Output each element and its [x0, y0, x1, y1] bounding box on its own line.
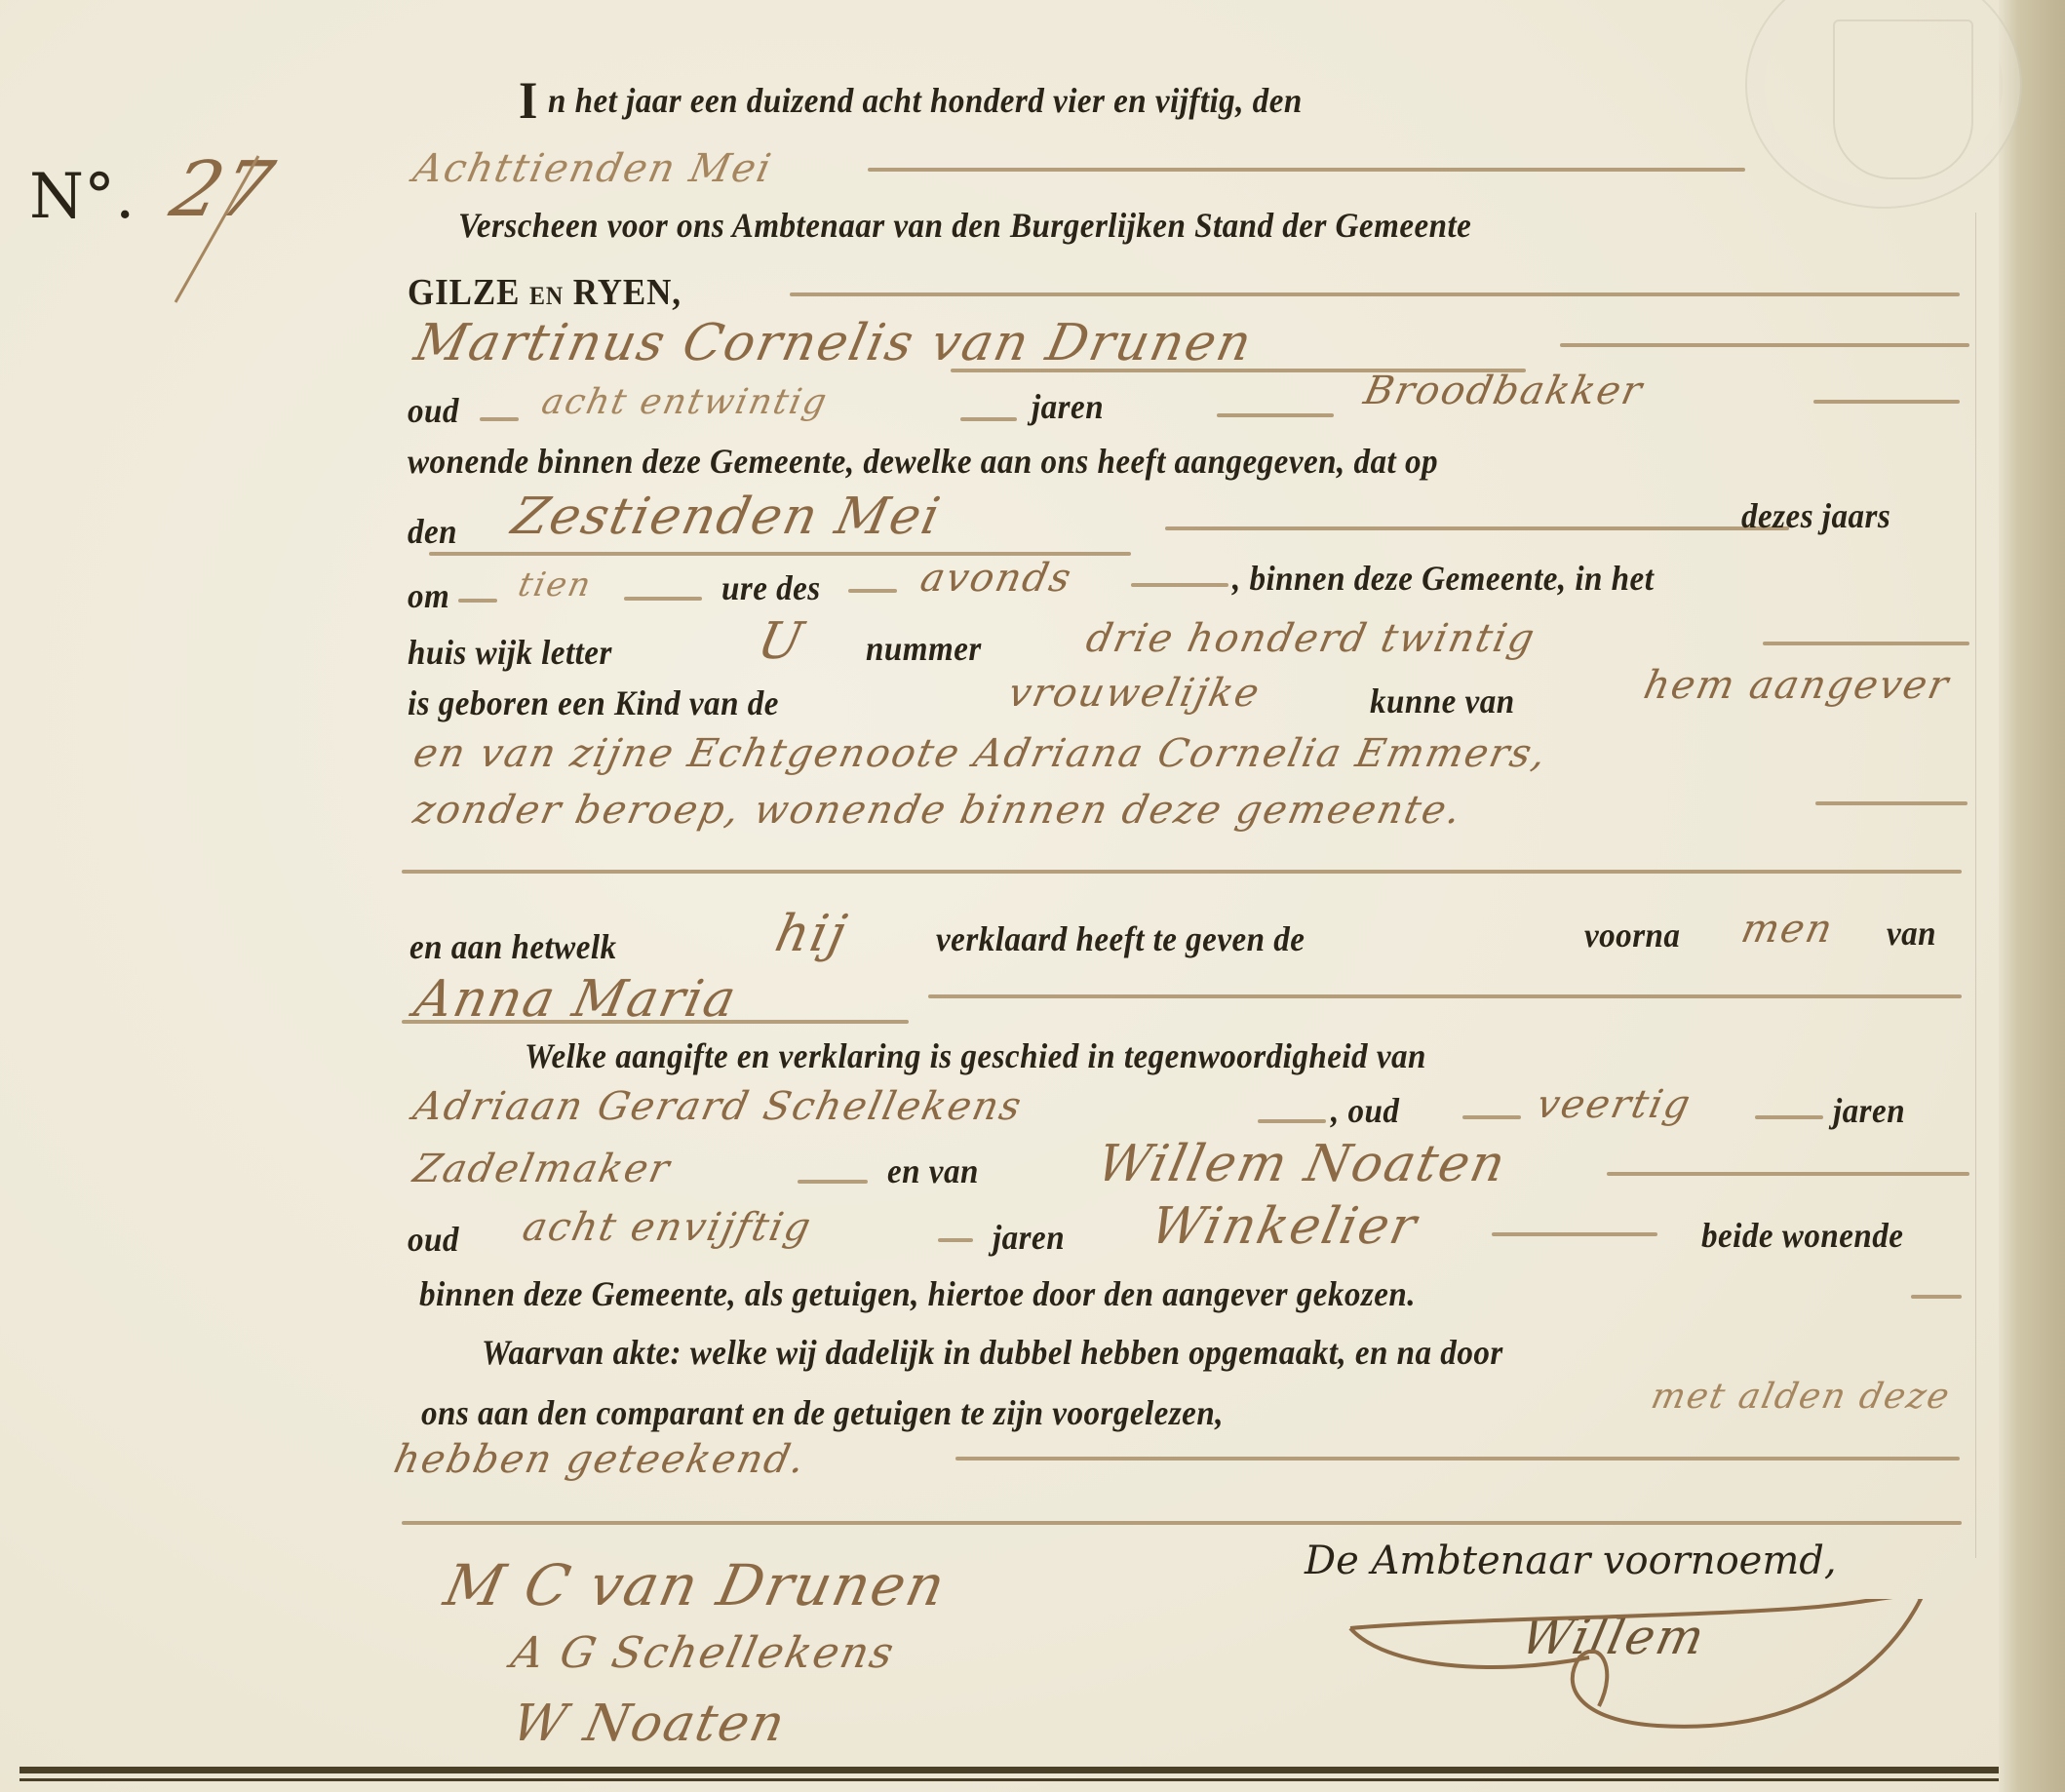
- birth-date: Zestienden Mei: [507, 487, 947, 546]
- bottom-rule: [19, 1778, 1999, 1781]
- number-slash-icon: [166, 146, 273, 312]
- fill-line: [955, 1457, 1960, 1461]
- label-van: van: [1887, 913, 1936, 954]
- blank-rule: [402, 870, 1962, 874]
- fill-line: [848, 589, 897, 593]
- initial-letter: I: [519, 70, 538, 131]
- fill-line: [1217, 413, 1334, 417]
- label-kunne-van: kunne van: [1370, 681, 1515, 721]
- birth-daypart: avonds: [916, 556, 1076, 601]
- witness-intro-line: Welke aangifte en verklaring is geschied…: [525, 1035, 1426, 1076]
- fill-line: [938, 1238, 973, 1242]
- label-oud: , oud: [1331, 1090, 1399, 1131]
- fill-line: [928, 994, 1962, 998]
- signature-flourish-icon: [1345, 1599, 1930, 1755]
- fill-line: [1462, 1115, 1521, 1119]
- fill-line: [1258, 1119, 1326, 1123]
- fill-line: [480, 417, 519, 421]
- fill-line: [1131, 583, 1228, 587]
- official-title: De Ambtenaar voornoemd,: [1305, 1539, 1837, 1583]
- fill-line: [624, 597, 702, 601]
- label-om: om: [408, 575, 449, 616]
- fill-line: [1911, 1295, 1962, 1299]
- declarant-pronoun: hij: [770, 905, 853, 963]
- fill-line: [1560, 343, 1969, 347]
- signing-note: met alden deze: [1648, 1377, 1955, 1417]
- fill-line: [960, 417, 1017, 421]
- witness1-occupation: Zadelmaker: [409, 1147, 675, 1191]
- child-sex: vrouwelijke: [1004, 671, 1265, 716]
- declarant-name: Martinus Cornelis van Drunen: [409, 314, 1258, 372]
- fill-line: [1607, 1172, 1969, 1176]
- signature-declarant: M C van Drunen: [439, 1552, 953, 1618]
- closing-line-2: ons aan den comparant en de getuigen te …: [421, 1392, 1224, 1433]
- label-oud: oud: [408, 390, 459, 431]
- fill-line: [1815, 801, 1968, 805]
- witness1-name: Adriaan Gerard Schellekens: [409, 1084, 1027, 1129]
- label-beide-wonende: beide wonende: [1701, 1215, 1903, 1256]
- appearance-line: Verscheen voor ons Ambtenaar van den Bur…: [458, 205, 1471, 246]
- witness2-occupation: Winkelier: [1146, 1197, 1423, 1256]
- fill-line: [1755, 1115, 1823, 1119]
- intro-line: n het jaar een duizend acht honderd vier…: [548, 80, 1303, 121]
- birth-hour: tien: [515, 565, 596, 604]
- fill-line: [1813, 400, 1960, 404]
- book-spine: [1999, 0, 2065, 1792]
- label-voorna: voorna: [1584, 915, 1680, 955]
- fill-line: [798, 1180, 868, 1184]
- signature-witness1: A G Schellekens: [507, 1628, 900, 1678]
- certificate-number-label: N°.: [29, 161, 135, 233]
- witness2-age: acht envijftig: [519, 1205, 816, 1250]
- label-jaren: jaren: [1032, 386, 1104, 427]
- margin-rule: [1975, 213, 1976, 1558]
- signature-witness2: W Noaten: [507, 1695, 792, 1753]
- fill-line: [790, 292, 1960, 296]
- fill-line: [458, 599, 497, 603]
- label-jaren: jaren: [993, 1217, 1065, 1258]
- label-den: den: [408, 511, 457, 552]
- mother-line: en van zijne Echtgenoote Adriana Corneli…: [409, 731, 1551, 776]
- signed-statement: hebben geteekend.: [390, 1437, 810, 1482]
- fill-line: [1763, 642, 1969, 645]
- bottom-rule: [19, 1767, 1999, 1773]
- label-jaren: jaren: [1833, 1090, 1905, 1131]
- closing-line-1: Waarvan akte: welke wij dadelijk in dubb…: [482, 1332, 1503, 1373]
- label-en-van: en van: [887, 1150, 979, 1191]
- birth-line: is geboren een Kind van de: [408, 682, 779, 723]
- fill-line: [868, 168, 1745, 172]
- label-ure-des: ure des: [721, 567, 821, 608]
- witness1-age: veertig: [1533, 1082, 1695, 1127]
- residence-line: wonende binnen deze Gemeente, dewelke aa…: [408, 441, 1438, 482]
- declarant-occupation: Broodbakker: [1360, 369, 1648, 413]
- witness2-name: Willem Noaten: [1092, 1135, 1512, 1193]
- fill-line: [1165, 526, 1789, 530]
- declarant-age: acht entwintig: [538, 382, 832, 422]
- label-dezes-jaars: dezes jaars: [1741, 495, 1890, 536]
- label-en-aan-hetwelk: en aan hetwelk: [409, 926, 617, 967]
- naming-line: verklaard heeft te geven de: [936, 918, 1305, 959]
- municipality-name: GILZE EN RYEN,: [408, 271, 682, 314]
- signature-separator: [402, 1521, 1962, 1525]
- label-huis-wijk-letter: huis wijk letter: [408, 632, 612, 673]
- plural-suffix: men: [1737, 907, 1838, 952]
- underline: [402, 1020, 909, 1024]
- house-number: drie honderd twintig: [1082, 616, 1539, 661]
- mother-occupation-residence: zonder beroep, wonende binnen deze gemee…: [409, 788, 1466, 833]
- label-nummer: nummer: [866, 628, 982, 669]
- registration-date: Achttienden Mei: [409, 146, 776, 191]
- father-reference: hem aangever: [1640, 663, 1954, 708]
- location-line: , binnen deze Gemeente, in het: [1232, 558, 1654, 599]
- witness-residence-line: binnen deze Gemeente, als getuigen, hier…: [419, 1273, 1416, 1314]
- fill-line: [1492, 1232, 1657, 1236]
- label-oud: oud: [408, 1219, 459, 1260]
- coat-of-arms-icon: [1833, 19, 1973, 179]
